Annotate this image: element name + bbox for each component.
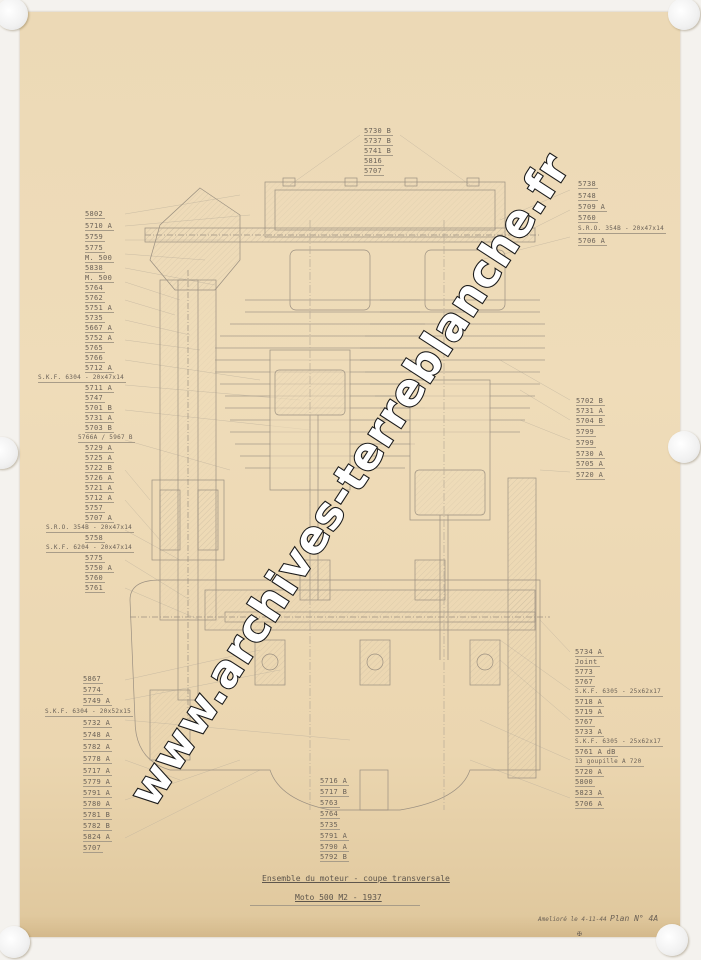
revision-note: Amelioré le 4-11-44 bbox=[538, 916, 607, 923]
part-label-bearing: S.K.F. 6304 - 20x52x15 bbox=[45, 708, 133, 717]
part-label: 5752 A bbox=[85, 334, 114, 343]
part-label: 5704 B bbox=[576, 417, 605, 426]
part-label: 5718 A bbox=[575, 698, 604, 707]
part-label: 5725 A bbox=[85, 454, 114, 463]
part-label: 5773 bbox=[575, 668, 595, 677]
part-label: 5764 bbox=[320, 810, 340, 819]
part-label: 5707 bbox=[83, 844, 103, 853]
part-label: 5764 bbox=[85, 284, 105, 293]
part-label: 5726 A bbox=[85, 474, 114, 483]
part-label: 5732 A bbox=[83, 719, 112, 728]
part-label: 5867 bbox=[83, 675, 103, 684]
part-label: 5716 A bbox=[320, 777, 349, 786]
part-label: 5750 A bbox=[85, 564, 114, 573]
part-label: 5703 B bbox=[85, 424, 114, 433]
part-label-bearing: S.K.F. 6305 - 25x62x17 bbox=[575, 738, 663, 747]
part-label: 5766 bbox=[85, 354, 105, 363]
part-label: 5760 bbox=[85, 574, 105, 583]
part-label: 5730 B bbox=[364, 127, 393, 136]
part-label: 5762 bbox=[85, 294, 105, 303]
part-label: 5757 bbox=[85, 504, 105, 513]
part-label: 5720 A bbox=[576, 471, 605, 480]
part-label-bearing: S.K.F. 6305 - 25x62x17 bbox=[575, 688, 663, 697]
stamp-mark: ✠ bbox=[577, 929, 582, 938]
part-label: 5748 bbox=[578, 192, 598, 201]
part-label: 5667 A bbox=[85, 324, 114, 333]
part-label: 5731 A bbox=[576, 407, 605, 416]
part-label: 5791 A bbox=[83, 789, 112, 798]
part-label: 5717 A bbox=[83, 767, 112, 776]
part-label-bearing: S.R.O. 354B - 20x47x14 bbox=[578, 225, 666, 234]
part-label: 5735 bbox=[85, 314, 105, 323]
part-label: 5823 A bbox=[575, 789, 604, 798]
part-label: 5711 A bbox=[85, 384, 114, 393]
part-label: 5710 A bbox=[85, 222, 114, 231]
part-label: 5709 A bbox=[578, 203, 607, 212]
part-label: 5791 A bbox=[320, 832, 349, 841]
part-label: 5774 bbox=[83, 686, 103, 695]
part-label: 5763 bbox=[320, 799, 340, 808]
part-label: 5737 B bbox=[364, 137, 393, 146]
part-label: 5733 A bbox=[575, 728, 604, 737]
part-label: 5706 A bbox=[578, 237, 607, 246]
part-label: 5730 A bbox=[576, 450, 605, 459]
part-label: 5702 B bbox=[576, 397, 605, 406]
part-label-bearing: S.R.O. 354B - 20x47x14 bbox=[46, 524, 134, 533]
part-label: 5781 B bbox=[83, 811, 112, 820]
part-label: 5758 bbox=[85, 534, 105, 543]
part-label: 5838 bbox=[85, 264, 105, 273]
part-label: 5747 bbox=[85, 394, 105, 403]
part-label: 5734 A bbox=[575, 648, 604, 657]
part-label: 5775 bbox=[85, 554, 105, 563]
part-label: 5799 bbox=[576, 439, 596, 448]
part-label: 5767 bbox=[575, 678, 595, 687]
part-label: 5731 A bbox=[85, 414, 114, 423]
part-label-bearing: S.K.F. 6304 - 20x47x14 bbox=[38, 374, 126, 383]
part-label: 5779 A bbox=[83, 778, 112, 787]
part-label: 5712 A bbox=[85, 494, 114, 503]
part-label: 5722 B bbox=[85, 464, 114, 473]
part-label: M. 500 bbox=[85, 254, 114, 263]
part-label: 5741 B bbox=[364, 147, 393, 156]
part-label: 13 goupille A 720 bbox=[575, 758, 644, 767]
part-label: 5761 bbox=[85, 584, 105, 593]
part-label: 5738 bbox=[578, 180, 598, 189]
part-label: 5717 B bbox=[320, 788, 349, 797]
part-label: 5802 bbox=[85, 210, 105, 219]
part-label: 5765 bbox=[85, 344, 105, 353]
part-label: 5712 A bbox=[85, 364, 114, 373]
part-label: 5701 B bbox=[85, 404, 114, 413]
drawing-title: Ensemble du moteur - coupe transversale bbox=[262, 874, 450, 883]
part-label: 5775 bbox=[85, 244, 105, 253]
part-label: 5790 A bbox=[320, 843, 349, 852]
part-label: 5707 bbox=[364, 167, 384, 176]
part-label: 5766A / 5967 B bbox=[78, 434, 135, 443]
part-label: 5729 A bbox=[85, 444, 114, 453]
part-label: 5751 A bbox=[85, 304, 114, 313]
part-label-bearing: S.K.F. 6204 - 20x47x14 bbox=[46, 544, 134, 553]
drawing-subtitle: Moto 500 M2 - 1937 bbox=[295, 893, 382, 902]
part-label: 5799 bbox=[576, 428, 596, 437]
part-label: 5759 bbox=[85, 233, 105, 242]
part-label: 5824 A bbox=[83, 833, 112, 842]
part-label: 5720 A bbox=[575, 768, 604, 777]
part-label: 5706 A bbox=[575, 800, 604, 809]
part-label: 5721 A bbox=[85, 484, 114, 493]
part-label: 5767 bbox=[575, 718, 595, 727]
part-label: 5778 A bbox=[83, 755, 112, 764]
part-label: 5800 bbox=[575, 778, 595, 787]
part-label: 5705 A bbox=[576, 460, 605, 469]
part-label: 5719 A bbox=[575, 708, 604, 717]
plan-number: Plan N° 4A bbox=[610, 914, 658, 923]
part-label: 5816 bbox=[364, 157, 384, 166]
part-label: 5782 B bbox=[83, 822, 112, 831]
title-underline bbox=[250, 905, 420, 906]
part-label: 5760 bbox=[578, 214, 598, 223]
part-label: 5761 A dB bbox=[575, 748, 618, 757]
part-label: 5780 A bbox=[83, 800, 112, 809]
part-label: 5748 A bbox=[83, 731, 112, 740]
part-label: 5707 A bbox=[85, 514, 114, 523]
part-label: 5792 B bbox=[320, 853, 349, 862]
part-label: 5782 A bbox=[83, 743, 112, 752]
part-label: Joint bbox=[575, 658, 600, 667]
part-label: M. 500 bbox=[85, 274, 114, 283]
part-label: 5735 bbox=[320, 821, 340, 830]
part-label: 5749 A bbox=[83, 697, 112, 706]
